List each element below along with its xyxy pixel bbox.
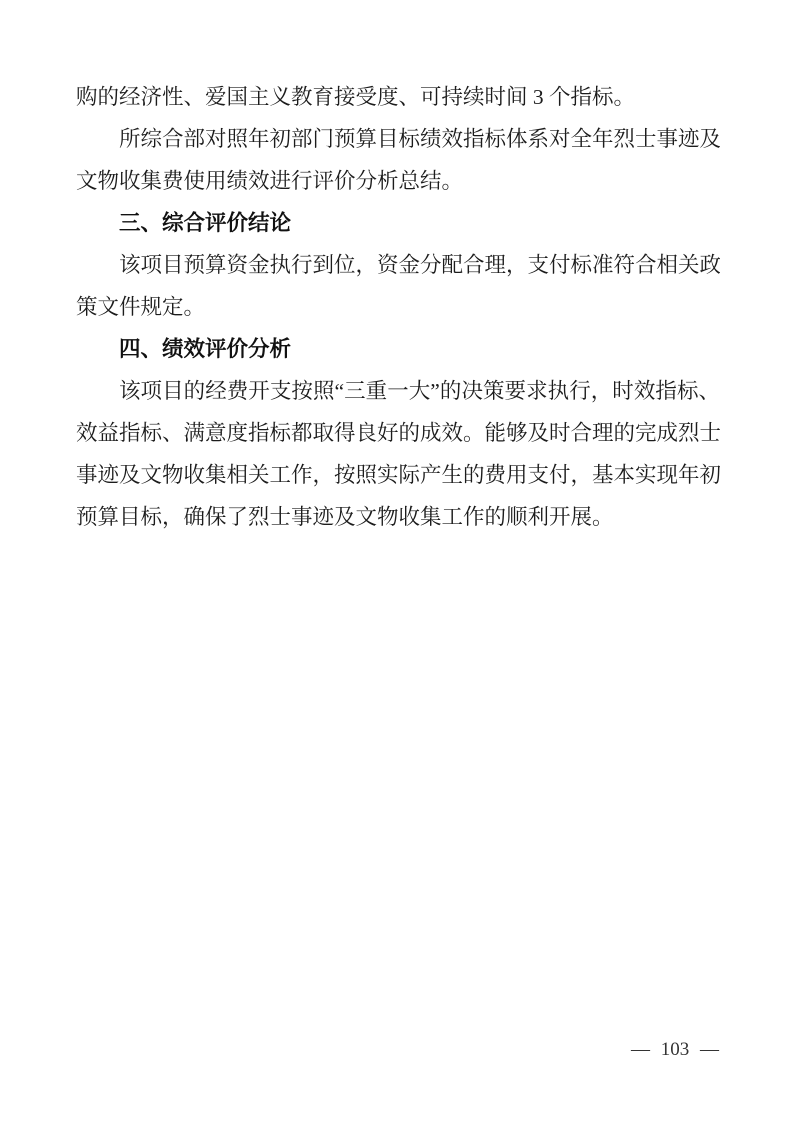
page-number: — 103 — <box>631 1038 719 1062</box>
paragraph-continued: 购的经济性、爱国主义教育接受度、可持续时间 3 个指标。 <box>76 76 720 118</box>
paragraph-line: 该项目的经费开支按照“三重一大”的决策要求执行，时效指标、 <box>76 370 720 412</box>
document-content: 购的经济性、爱国主义教育接受度、可持续时间 3 个指标。 所综合部对照年初部门预… <box>76 76 720 538</box>
paragraph-summary: 所综合部对照年初部门预算目标绩效指标体系对全年烈士事迹及 文物收集费使用绩效进行… <box>76 118 720 202</box>
paragraph-line: 效益指标、满意度指标都取得良好的成效。能够及时合理的完成烈士 <box>76 412 720 454</box>
section-heading-conclusion: 三、综合评价结论 <box>76 202 720 244</box>
paragraph-line: 购的经济性、爱国主义教育接受度、可持续时间 3 个指标。 <box>76 76 720 118</box>
paragraph-line: 所综合部对照年初部门预算目标绩效指标体系对全年烈士事迹及 <box>76 118 720 160</box>
paragraph-conclusion: 该项目预算资金执行到位，资金分配合理，支付标准符合相关政 策文件规定。 <box>76 244 720 328</box>
paragraph-line: 该项目预算资金执行到位，资金分配合理，支付标准符合相关政 <box>76 244 720 286</box>
paragraph-line: 文物收集费使用绩效进行评价分析总结。 <box>76 160 720 202</box>
paragraph-line: 策文件规定。 <box>76 286 720 328</box>
paragraph-line: 预算目标，确保了烈士事迹及文物收集工作的顺利开展。 <box>76 496 720 538</box>
section-heading-analysis: 四、绩效评价分析 <box>76 328 720 370</box>
document-page: 购的经济性、爱国主义教育接受度、可持续时间 3 个指标。 所综合部对照年初部门预… <box>0 0 793 1122</box>
paragraph-line: 事迹及文物收集相关工作，按照实际产生的费用支付，基本实现年初 <box>76 454 720 496</box>
paragraph-analysis: 该项目的经费开支按照“三重一大”的决策要求执行，时效指标、 效益指标、满意度指标… <box>76 370 720 538</box>
